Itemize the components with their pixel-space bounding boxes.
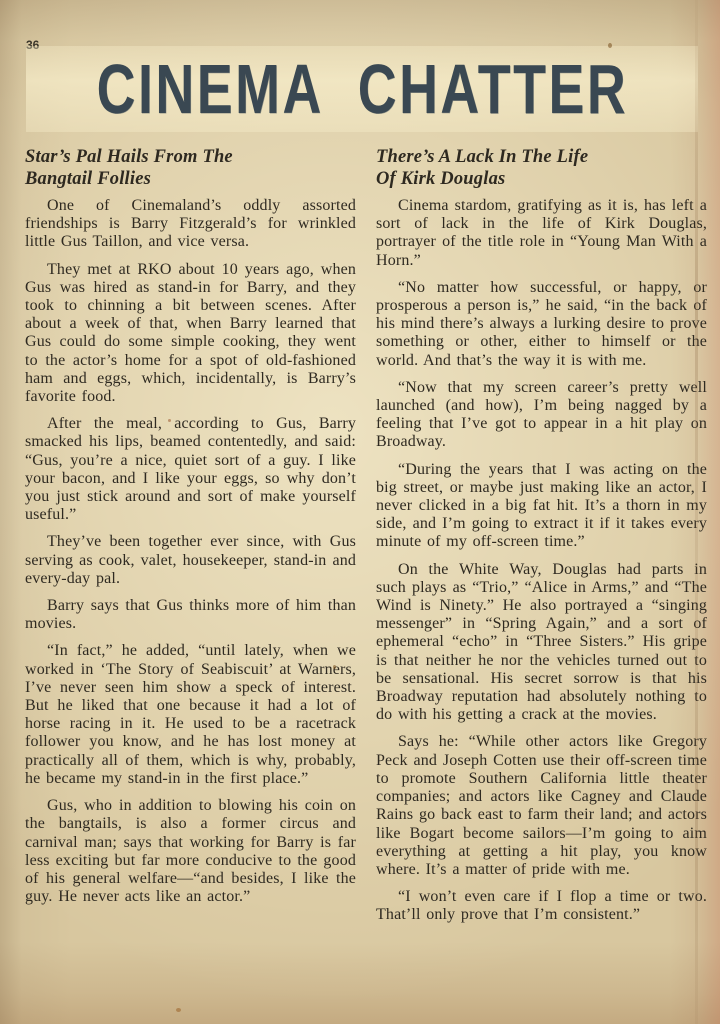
article-paragraph: After the meal, according to Gus, Barry …: [25, 415, 356, 524]
magazine-page-scan: 36 CINEMA CHATTER Star’s Pal Hails From …: [0, 0, 720, 1024]
article-column-right: There’s A Lack In The Life Of Kirk Dougl…: [376, 146, 707, 934]
article-paragraph: “In fact,” he added, “until lately, when…: [25, 642, 356, 788]
article-paragraph: Says he: “While other actors like Gregor…: [376, 733, 707, 879]
article-paragraph: Gus, who in addition to blowing his coin…: [25, 797, 356, 906]
article-paragraph: “During the years that I was acting on t…: [376, 461, 707, 552]
heading-line: Of Kirk Douglas: [376, 168, 707, 190]
title-band: CINEMA CHATTER: [26, 46, 698, 132]
article-paragraph: “Now that my screen career’s pretty well…: [376, 379, 707, 452]
page-title: CINEMA CHATTER: [96, 49, 628, 129]
article-paragraph: On the White Way, Douglas had parts in s…: [376, 561, 707, 725]
article-paragraph: “I won’t even care if I flop a time or t…: [376, 888, 707, 924]
article-column-left: Star’s Pal Hails From The Bangtail Folli…: [25, 146, 356, 934]
article-paragraph: They met at RKO about 10 years ago, when…: [25, 261, 356, 407]
heading-line: There’s A Lack In The Life: [376, 146, 707, 168]
article-columns: Star’s Pal Hails From The Bangtail Folli…: [25, 146, 707, 934]
article-paragraph: Barry says that Gus thinks more of him t…: [25, 597, 356, 633]
article-paragraph: “No matter how successful, or happy, or …: [376, 279, 707, 370]
heading-line: Star’s Pal Hails From The: [25, 146, 356, 168]
article-paragraph: Cinema stardom, gratifying as it is, has…: [376, 197, 707, 270]
article-paragraph: One of Cinemaland’s oddly assorted frien…: [25, 197, 356, 252]
article-heading-left: Star’s Pal Hails From The Bangtail Folli…: [25, 146, 356, 190]
heading-line: Bangtail Follies: [25, 168, 356, 190]
article-heading-right: There’s A Lack In The Life Of Kirk Dougl…: [376, 146, 707, 190]
paper-speck: [176, 1008, 181, 1012]
article-paragraph: They’ve been together ever since, with G…: [25, 533, 356, 588]
